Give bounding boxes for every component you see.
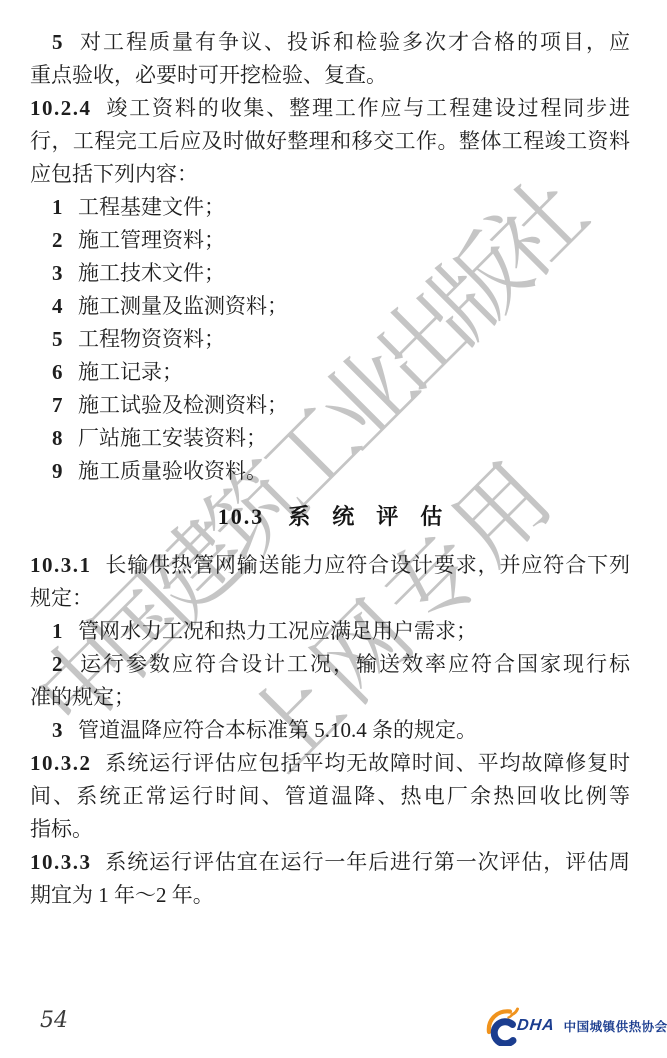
text-line: 1管网水力工况和热力工况应满足用户需求； bbox=[30, 615, 630, 648]
section-title: 系统评估 bbox=[288, 504, 464, 529]
line-text: 施工测量及监测资料； bbox=[78, 294, 288, 318]
text-line: 规定： bbox=[30, 582, 630, 615]
line-text: 行，工程完工后应及时做好整理和移交工作。整体工程竣工资料 bbox=[30, 129, 630, 153]
text-line: 8厂站施工安装资料； bbox=[30, 422, 630, 455]
line-text: 施工试验及检测资料； bbox=[78, 393, 288, 417]
line-number: 4 bbox=[52, 290, 78, 323]
text-line: 6施工记录； bbox=[30, 356, 630, 389]
text-line: 间、系统正常运行时间、管道温降、热电厂余热回收比例等 bbox=[30, 780, 630, 813]
text-line: 10.3.3系统运行评估宜在运行一年后进行第一次评估，评估周 bbox=[30, 846, 630, 879]
line-text: 管网水力工况和热力工况应满足用户需求； bbox=[78, 619, 477, 643]
line-number: 3 bbox=[52, 714, 78, 747]
line-number: 9 bbox=[52, 455, 78, 488]
line-text: 应包括下列内容： bbox=[30, 162, 198, 186]
page-content: 5对工程质量有争议、投诉和检验多次才合格的项目，应重点验收，必要时可开挖检验、复… bbox=[30, 26, 630, 912]
association-logo: DHA 中国城镇供热协会 bbox=[486, 1006, 667, 1046]
line-number: 2 bbox=[52, 224, 78, 257]
line-number: 8 bbox=[52, 422, 78, 455]
line-number: 10.2.4 bbox=[30, 96, 92, 120]
text-line: 行，工程完工后应及时做好整理和移交工作。整体工程竣工资料 bbox=[30, 125, 630, 158]
document-page: 中国建筑工业出版社 上网专用 5对工程质量有争议、投诉和检验多次才合格的项目，应… bbox=[0, 0, 667, 1058]
line-number: 10.3.1 bbox=[30, 553, 92, 577]
line-number: 5 bbox=[52, 26, 78, 59]
section-number: 10.3 bbox=[218, 504, 265, 529]
line-text: 准的规定； bbox=[30, 685, 135, 709]
line-text: 对工程质量有争议、投诉和检验多次才合格的项目，应 bbox=[78, 30, 630, 54]
text-line: 4施工测量及监测资料； bbox=[30, 290, 630, 323]
line-number: 3 bbox=[52, 257, 78, 290]
text-line: 2运行参数应符合设计工况，输送效率应符合国家现行标 bbox=[30, 648, 630, 681]
line-text: 竣工资料的收集、整理工作应与工程建设过程同步进 bbox=[105, 96, 631, 120]
line-text: 运行参数应符合设计工况，输送效率应符合国家现行标 bbox=[78, 652, 630, 676]
text-line: 10.3.2系统运行评估应包括平均无故障时间、平均故障修复时 bbox=[30, 747, 630, 780]
line-text: 指标。 bbox=[30, 817, 93, 841]
line-number: 5 bbox=[52, 323, 78, 356]
logo-acronym: DHA bbox=[516, 1017, 556, 1035]
line-number: 1 bbox=[52, 615, 78, 648]
line-text: 规定： bbox=[30, 586, 93, 610]
text-line: 5对工程质量有争议、投诉和检验多次才合格的项目，应 bbox=[30, 26, 630, 59]
line-text: 厂站施工安装资料； bbox=[78, 426, 267, 450]
line-number: 1 bbox=[52, 191, 78, 224]
line-number: 10.3.2 bbox=[30, 751, 92, 775]
line-text: 施工质量验收资料。 bbox=[78, 459, 267, 483]
line-text: 系统运行评估宜在运行一年后进行第一次评估，评估周 bbox=[105, 850, 631, 874]
section-heading: 10.3系统评估 bbox=[30, 500, 630, 533]
text-line: 9施工质量验收资料。 bbox=[30, 455, 630, 488]
text-line: 1工程基建文件； bbox=[30, 191, 630, 224]
line-text: 工程基建文件； bbox=[78, 195, 225, 219]
text-line: 2施工管理资料； bbox=[30, 224, 630, 257]
text-line: 应包括下列内容： bbox=[30, 158, 630, 191]
line-number: 10.3.3 bbox=[30, 850, 92, 874]
line-text: 重点验收，必要时可开挖检验、复查。 bbox=[30, 63, 387, 87]
text-line: 3管道温降应符合本标准第 5.10.4 条的规定。 bbox=[30, 714, 630, 747]
text-line: 10.3.1长输供热管网输送能力应符合设计要求，并应符合下列 bbox=[30, 549, 630, 582]
page-number: 54 bbox=[40, 1008, 68, 1033]
line-text: 施工记录； bbox=[78, 360, 183, 384]
text-line: 指标。 bbox=[30, 813, 630, 846]
line-text: 期宜为 1 年～2 年。 bbox=[30, 883, 214, 907]
line-text: 施工管理资料； bbox=[78, 228, 225, 252]
line-text: 管道温降应符合本标准第 5.10.4 条的规定。 bbox=[78, 718, 477, 742]
text-line: 重点验收，必要时可开挖检验、复查。 bbox=[30, 59, 630, 92]
line-number: 6 bbox=[52, 356, 78, 389]
logo-org-name: 中国城镇供热协会 bbox=[564, 1017, 667, 1035]
text-block-bottom: 10.3.1长输供热管网输送能力应符合设计要求，并应符合下列规定：1管网水力工况… bbox=[30, 549, 630, 912]
text-line: 准的规定； bbox=[30, 681, 630, 714]
line-text: 系统运行评估应包括平均无故障时间、平均故障修复时 bbox=[105, 751, 631, 775]
text-block-top: 5对工程质量有争议、投诉和检验多次才合格的项目，应重点验收，必要时可开挖检验、复… bbox=[30, 26, 630, 488]
line-text: 间、系统正常运行时间、管道温降、热电厂余热回收比例等 bbox=[30, 784, 630, 808]
line-text: 施工技术文件； bbox=[78, 261, 225, 285]
text-line: 期宜为 1 年～2 年。 bbox=[30, 879, 630, 912]
line-number: 7 bbox=[52, 389, 78, 422]
line-text: 长输供热管网输送能力应符合设计要求，并应符合下列 bbox=[105, 553, 631, 577]
logo-icon bbox=[486, 1006, 520, 1046]
line-number: 2 bbox=[52, 648, 78, 681]
text-line: 5工程物资资料； bbox=[30, 323, 630, 356]
text-line: 3施工技术文件； bbox=[30, 257, 630, 290]
line-text: 工程物资资料； bbox=[78, 327, 225, 351]
text-line: 10.2.4竣工资料的收集、整理工作应与工程建设过程同步进 bbox=[30, 92, 630, 125]
text-line: 7施工试验及检测资料； bbox=[30, 389, 630, 422]
